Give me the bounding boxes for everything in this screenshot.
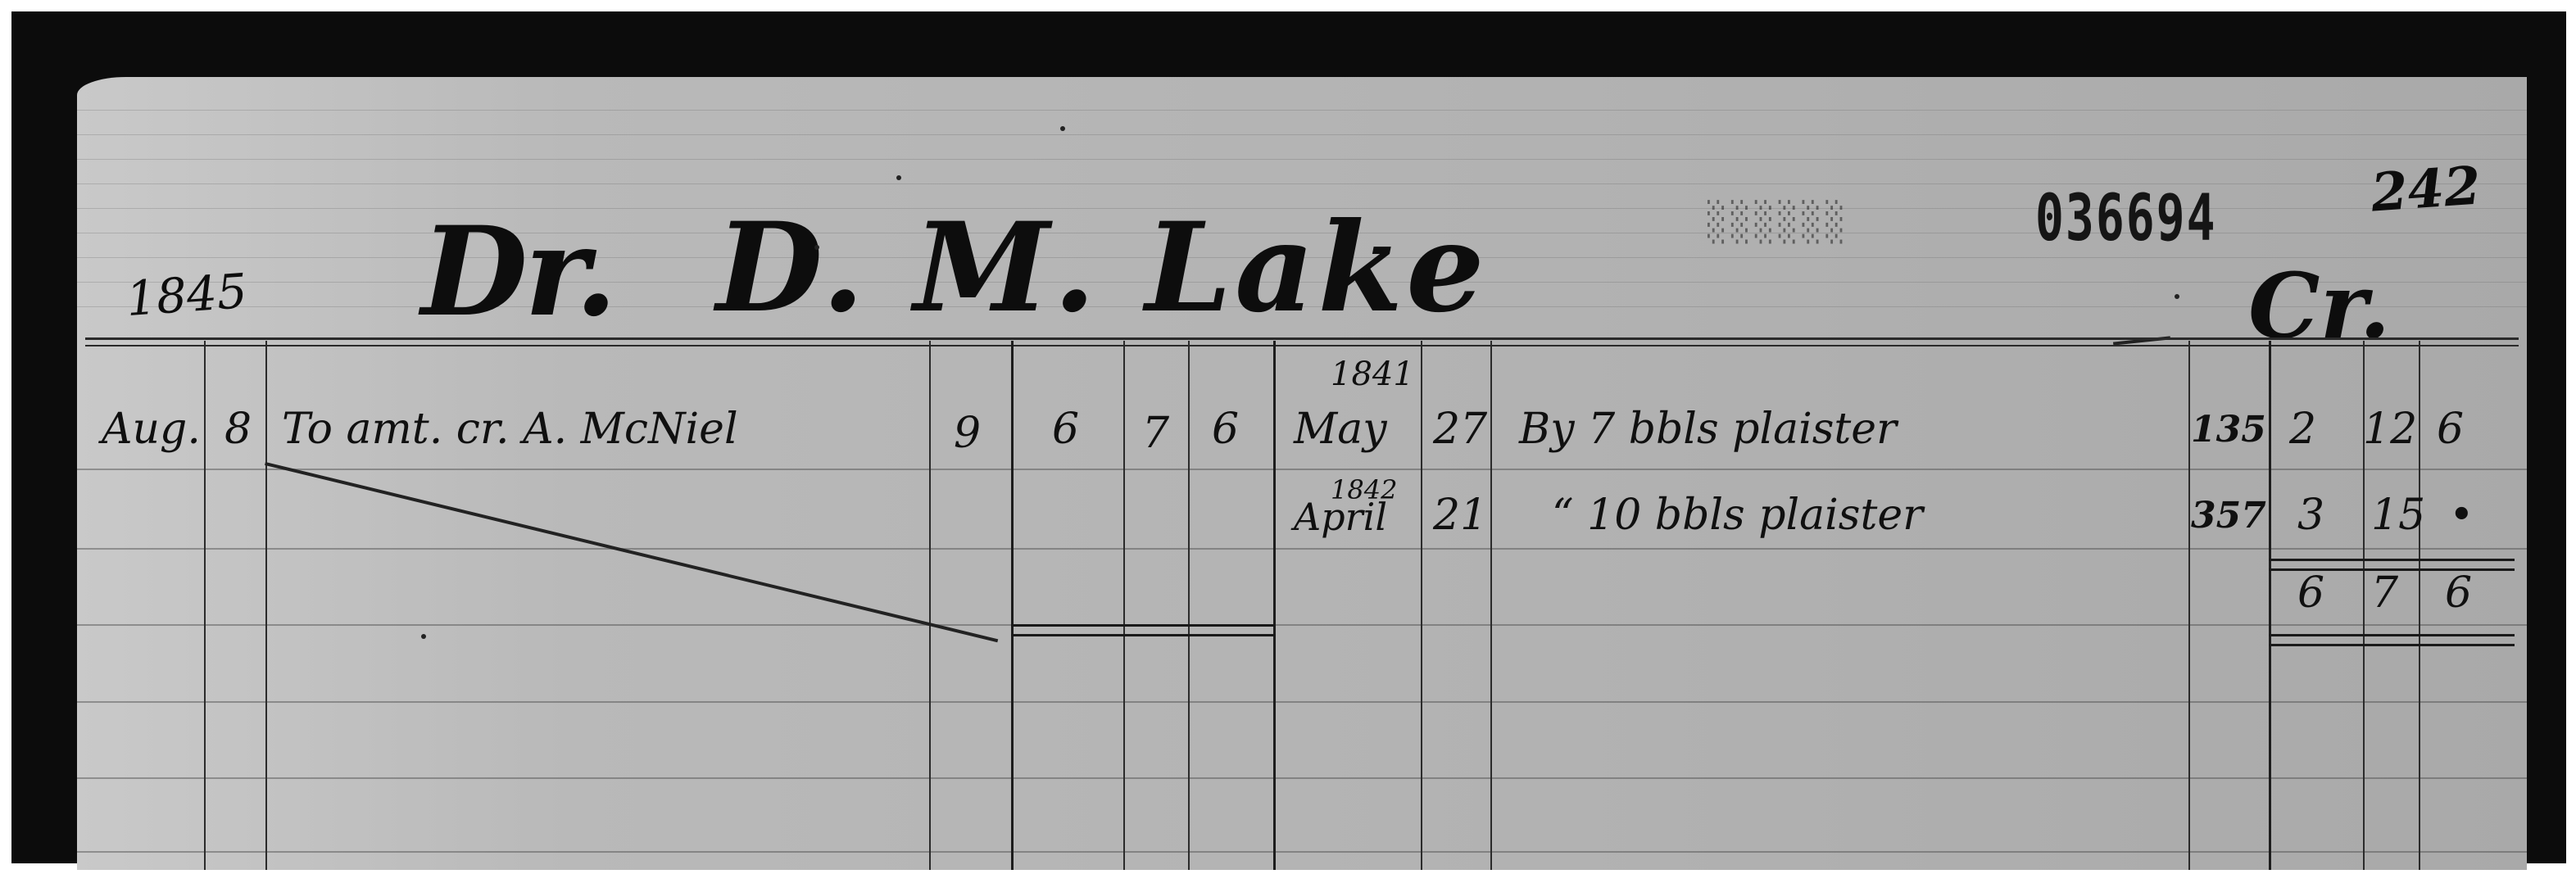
credit-entry-pence: • [2449, 491, 2474, 540]
credit-entry-year: 1841 [1331, 355, 1414, 393]
ruling-line [77, 777, 2527, 779]
ruling-line [77, 624, 2527, 626]
column-divider-shillings [1123, 341, 1125, 870]
ink-speck [2175, 294, 2179, 299]
scan-border: 1845 Dr. D. M. Lake Cr. ░░░░░░ 036694 24… [11, 11, 2566, 863]
credit-total-pounds: 6 [2297, 568, 2324, 618]
ink-speck [1060, 126, 1065, 131]
credit-total-rule [2269, 634, 2515, 646]
ledger-page: 1845 Dr. D. M. Lake Cr. ░░░░░░ 036694 24… [77, 77, 2527, 870]
debit-entry-month: Aug. [102, 405, 201, 454]
ruling-line [77, 469, 2527, 470]
ruling-line [77, 851, 2527, 853]
account-name: D. M. Lake [716, 196, 1488, 340]
debit-heading: Dr. [421, 200, 615, 344]
debit-entry-shillings: 7 [1142, 409, 1169, 458]
debit-entry-description: To amt. cr. A. McNiel [282, 405, 738, 454]
credit-entry-pence: 6 [2437, 405, 2464, 454]
debit-total-rule [1011, 624, 1275, 636]
faded-stamp: ░░░░░░ [1708, 201, 1849, 244]
credit-entry-month: May [1294, 405, 1387, 454]
column-divider-folio [929, 341, 931, 870]
credit-entry-pounds: 2 [2289, 405, 2316, 454]
column-divider-pounds [1011, 341, 1014, 870]
credit-entry-day: 21 [1433, 491, 1487, 540]
column-divider-month [204, 341, 206, 870]
credit-entry-month: April [1294, 495, 1387, 539]
credit-entry-folio: 135 [2191, 409, 2266, 451]
stamped-serial-number: 036694 [2035, 180, 2217, 256]
credit-entry-pounds: 3 [2297, 491, 2324, 540]
ruling-line [77, 159, 2527, 160]
ruling-line [77, 134, 2527, 135]
column-divider-credit-pence [2419, 341, 2420, 870]
ruling-line [77, 110, 2527, 111]
credit-entry-folio: 357 [2191, 495, 2266, 537]
credit-total-shillings: 7 [2371, 568, 2398, 618]
ink-speck [421, 634, 426, 639]
ruling-line [77, 701, 2527, 703]
column-divider-credit-desc [1490, 341, 1492, 870]
credit-entry-shillings: 12 [2363, 405, 2417, 454]
diagonal-fill-line [265, 462, 998, 642]
credit-entry-shillings: 15 [2371, 491, 2425, 540]
column-divider-credit-day [1421, 341, 1422, 870]
debit-entry-pence: 6 [1212, 405, 1239, 454]
column-divider-credit-pounds [2269, 341, 2271, 870]
ledger-year: 1845 [125, 263, 249, 327]
header-double-rule [85, 337, 2519, 346]
column-divider-pence [1188, 341, 1190, 870]
debit-entry-pounds: 6 [1052, 405, 1079, 454]
credit-entry-description: “ 10 bbls plaister [1552, 491, 1923, 540]
credit-entry-description: By 7 bbls plaister [1519, 405, 1897, 454]
page-number: 242 [2370, 155, 2483, 224]
credit-entry-day: 27 [1433, 405, 1487, 454]
debit-entry-day: 8 [224, 405, 252, 454]
column-divider-day [265, 341, 267, 870]
credit-total-pence: 6 [2445, 568, 2472, 618]
ink-speck [814, 245, 819, 250]
ink-speck [896, 175, 901, 180]
column-divider-debit-end [1273, 341, 1276, 870]
column-divider-credit-folio [2188, 341, 2190, 870]
ruling-line [77, 548, 2527, 550]
debit-entry-folio: 9 [954, 409, 981, 458]
